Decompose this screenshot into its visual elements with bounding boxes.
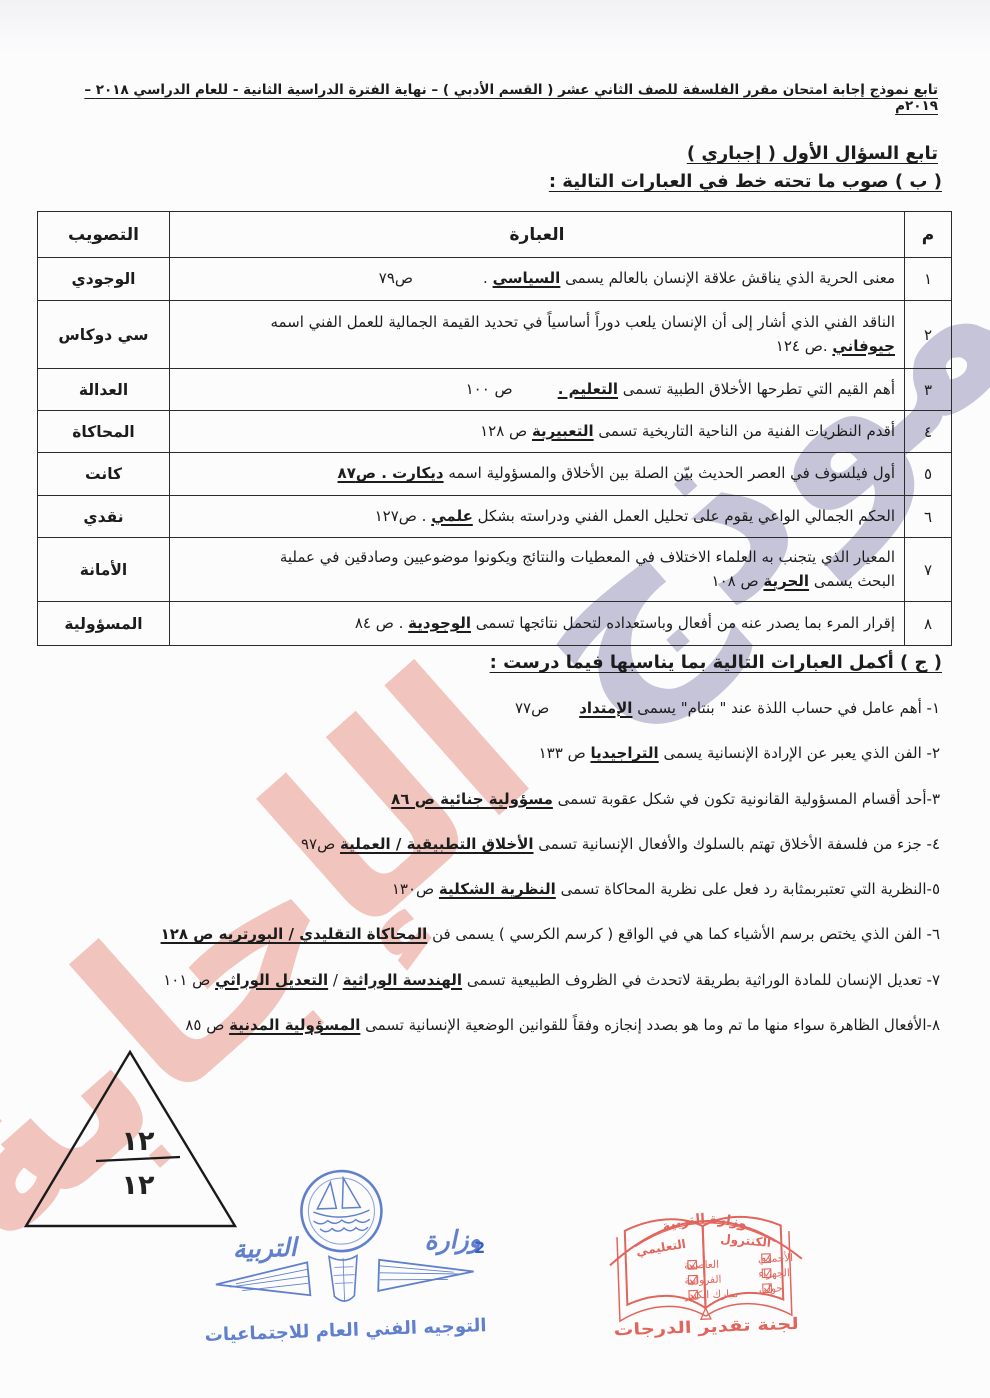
underlined-term: الإمتداد — [579, 699, 632, 717]
text-run: الناقد الفني الذي أشار إلى أن الإنسان يل… — [270, 313, 895, 331]
completion-item: ١- أهم عامل في حساب اللذة عند " بنتام" ي… — [26, 698, 940, 719]
table-header-row: م العبارة التصويب — [38, 212, 952, 258]
correction-table: م العبارة التصويب ١معنى الحرية الذي يناق… — [37, 211, 952, 646]
text-run: ٥-النظرية التي تعتبربمثابة رد فعل على نظ… — [556, 880, 940, 898]
underlined-term: التعليم . — [558, 380, 618, 398]
section-c-title: ( ج ) أكمل العبارات التالية بما يناسبها … — [490, 652, 942, 673]
score-denominator: ١٢ — [122, 1170, 155, 1201]
red-stamp-arc-title: وزارة التربية — [660, 1210, 750, 1236]
text-run: ص ١٠٠ — [466, 380, 513, 398]
text-run: ص ١٠٨ — [712, 572, 764, 590]
underlined-term: علمي — [431, 507, 473, 525]
underlined-term: الهندسة الوراثية — [343, 971, 462, 989]
completion-item: ٨-الأفعال الظاهرة سواء منها ما تم وما هو… — [26, 1015, 940, 1036]
underlined-term: جيوفاني — [832, 337, 895, 355]
correction-value: نقدي — [38, 496, 170, 538]
text-run: . ص ٨٤ — [355, 614, 408, 632]
text-run: ٣-أحد أقسام المسؤولية القانونية تكون في … — [553, 790, 940, 808]
section-b-instruction: ( ب ) صوب ما تحته خط في العبارات التالية… — [549, 171, 942, 192]
correction-value: الوجودي — [38, 258, 170, 301]
table-row: ٦الحكم الجمالي الواعي يقوم على تحليل الع… — [38, 496, 952, 538]
text-run: ص٩٧ — [301, 835, 340, 853]
statement-cell: معنى الحرية الذي يناقش علاقة الإنسان بال… — [170, 258, 905, 301]
underlined-term: السياسي — [493, 269, 561, 287]
column-header-statement: العبارة — [170, 212, 905, 258]
row-number: ٣ — [905, 369, 952, 411]
text-run: المعيار الذي يتجنب به العلماء الاختلاف ف… — [280, 548, 895, 566]
blue-stamp-department-line: التوجيه الفني العام للاجتماعيات — [204, 1315, 487, 1346]
completion-item: ٤- جزء من فلسفة الأخلاق تهتم بالسلوك وال… — [26, 834, 940, 855]
completion-items: ١- أهم عامل في حساب اللذة عند " بنتام" ي… — [26, 698, 940, 1060]
table-row: ٥أول فيلسوف في العصر الحديث بيّن الصلة ب… — [38, 453, 952, 496]
underlined-term: الأخلاق التطبيقية / العملية — [340, 835, 533, 853]
dhow-hull-icon — [313, 1210, 369, 1218]
text-run: .ص ١٢٤ — [776, 337, 833, 355]
waves-icon — [314, 1219, 370, 1232]
statement-cell: المعيار الذي يتجنب به العلماء الاختلاف ف… — [170, 538, 905, 602]
text-run: . — [483, 269, 493, 287]
table-row: ٣أهم القيم التي تطرحها الأخلاق الطبية تس… — [38, 369, 952, 411]
text-run: أقدم النظريات الفنية من الناحية التاريخي… — [594, 422, 895, 440]
dhow-sails-icon — [316, 1177, 360, 1208]
table-body: ١معنى الحرية الذي يناقش علاقة الإنسان با… — [38, 258, 952, 646]
completion-item: ٦- الفن الذي يختص برسم الأشياء كما هي في… — [26, 924, 940, 945]
text-run: ص٧٧ — [515, 699, 549, 717]
statement-cell: إقرار المرء بما يصدر عنه من أفعال وباستع… — [170, 602, 905, 646]
text-run: . ص١٢٧ — [375, 507, 432, 525]
blue-stamp-word-education: التربية — [232, 1233, 300, 1265]
completion-item: ٧- تعديل الإنسان للمادة الوراثية بطريقة … — [26, 970, 940, 991]
correction-value: المحاكاة — [38, 411, 170, 453]
text-run: ٨-الأفعال الظاهرة سواء منها ما تم وما هو… — [360, 1016, 940, 1034]
text-run: ص١٣٠ — [392, 880, 439, 898]
grades-committee-red-stamp: وزارة التربية التعليمي الكنترول العاصمة … — [595, 1186, 820, 1342]
falcon-left-wing-icon — [215, 1262, 310, 1298]
correction-value: كانت — [38, 453, 170, 496]
underlined-term: الحرية — [763, 572, 809, 590]
completion-item: ٣-أحد أقسام المسؤولية القانونية تكون في … — [26, 789, 940, 810]
text-run: ص ١٢٨ — [480, 422, 532, 440]
scanned-document-page: نموذج الإجابة تابع نموذج إجابة امتحان مق… — [0, 0, 990, 1398]
emblem-outer-ring — [300, 1170, 383, 1253]
text-run: ٦- الفن الذي يختص برسم الأشياء كما هي في… — [427, 925, 940, 943]
correction-value: الأمانة — [38, 538, 170, 602]
underlined-term: مسؤولية جنائية ص ٨٦ — [391, 790, 553, 808]
text-run: / — [328, 971, 343, 989]
text-run: ص٧٩ — [379, 269, 413, 287]
text-run: ٢- الفن الذي يعبر عن الإرادة الإنسانية ي… — [659, 744, 940, 762]
statement-cell: الناقد الفني الذي أشار إلى أن الإنسان يل… — [170, 301, 905, 369]
text-run: إقرار المرء بما يصدر عنه من أفعال وباستع… — [471, 614, 895, 632]
text-run: معنى الحرية الذي يناقش علاقة الإنسان بال… — [560, 269, 895, 287]
underlined-term: التراجيديا — [590, 744, 658, 762]
text-run: ١- أهم عامل في حساب اللذة عند " بنتام" ي… — [632, 699, 940, 717]
fraction-bar — [96, 1157, 180, 1161]
row-number: ٥ — [905, 453, 952, 496]
right-page-title: الكنترول — [720, 1232, 772, 1251]
blue-stamp-word-ministry: وزارة — [424, 1224, 481, 1256]
underlined-term: النظرية الشكلية — [439, 880, 556, 898]
text-run: ص ١٠١ — [163, 971, 215, 989]
completion-item: ٢- الفن الذي يعبر عن الإرادة الإنسانية ي… — [26, 743, 940, 764]
correction-value: سي دوكاس — [38, 301, 170, 369]
correction-value: العدالة — [38, 369, 170, 411]
underlined-term: المحاكاة التقليدي / البورتريه ص ١٢٨ — [161, 925, 428, 943]
handwritten-page-number: 2 — [474, 1238, 485, 1257]
table-row: ٤أقدم النظريات الفنية من الناحية التاريخ… — [38, 411, 952, 453]
text-run: أول فيلسوف في العصر الحديث بيّن الصلة بي… — [444, 464, 895, 482]
text-run: الحكم الجمالي الواعي يقوم على تحليل العم… — [473, 507, 895, 525]
statement-cell: الحكم الجمالي الواعي يقوم على تحليل العم… — [170, 496, 905, 538]
row-number: ٦ — [905, 496, 952, 538]
text-run: ص ١٣٣ — [539, 744, 591, 762]
emblem-inner-ring — [307, 1177, 375, 1245]
document-header: تابع نموذج إجابة امتحان مقرر الفلسفة للص… — [50, 82, 938, 114]
row-number: ٢ — [905, 301, 952, 369]
red-stamp-committee-line: لجنة تقدير الدرجات — [613, 1314, 799, 1339]
underlined-term: ديكارت . ص٨٧ — [338, 464, 444, 482]
row-number: ٤ — [905, 411, 952, 453]
statement-cell: أول فيلسوف في العصر الحديث بيّن الصلة بي… — [170, 453, 905, 496]
column-header-correction: التصويب — [38, 212, 170, 258]
ministry-blue-stamp: وزارة التربية التوجيه الفني العام للاجتم… — [192, 1161, 498, 1351]
row-number: ٨ — [905, 602, 952, 646]
underlined-term: المسؤولية المدنية — [229, 1016, 360, 1034]
section-b-continuation-title: تابع السؤال الأول ( إجباري ) — [687, 143, 938, 164]
shield-hatching — [333, 1258, 356, 1303]
completion-item: ٥-النظرية التي تعتبربمثابة رد فعل على نظ… — [26, 879, 940, 900]
score-numerator: ١٢ — [122, 1126, 155, 1157]
text-run: ٧- تعديل الإنسان للمادة الوراثية بطريقة … — [462, 971, 940, 989]
text-run: البحث يسمى — [809, 572, 895, 590]
statement-cell: أهم القيم التي تطرحها الأخلاق الطبية تسم… — [170, 369, 905, 411]
row-number: ١ — [905, 258, 952, 301]
underlined-term: الوجودية — [408, 614, 471, 632]
underlined-term: التعبيرية — [532, 422, 594, 440]
row-number: ٧ — [905, 538, 952, 602]
right-wing-feathers — [379, 1263, 460, 1282]
text-run: ٤- جزء من فلسفة الأخلاق تهتم بالسلوك وال… — [534, 835, 940, 853]
table-row: ٢الناقد الفني الذي أشار إلى أن الإنسان ي… — [38, 301, 952, 369]
table-row: ٧المعيار الذي يتجنب به العلماء الاختلاف … — [38, 538, 952, 602]
statement-cell: أقدم النظريات الفنية من الناحية التاريخي… — [170, 411, 905, 453]
text-run: أهم القيم التي تطرحها الأخلاق الطبية تسم… — [618, 380, 895, 398]
correction-value: المسؤولية — [38, 602, 170, 646]
table-row: ٨إقرار المرء بما يصدر عنه من أفعال وباست… — [38, 602, 952, 646]
table-row: ١معنى الحرية الذي يناقش علاقة الإنسان با… — [38, 258, 952, 301]
underlined-term: التعديل الوراثي — [215, 971, 328, 989]
column-header-number: م — [905, 212, 952, 258]
text-run: ص ٨٥ — [185, 1016, 229, 1034]
